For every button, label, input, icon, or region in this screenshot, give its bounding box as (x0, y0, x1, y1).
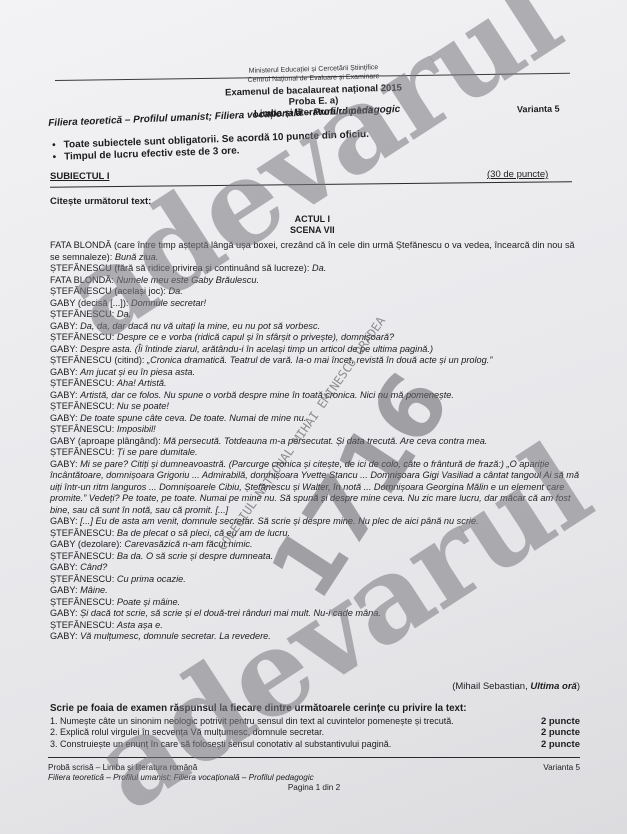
act-label: ACTUL I (290, 214, 335, 225)
dialog-line: ȘTEFĂNESCU: Despre ce e vorba (ridică ca… (50, 332, 580, 344)
speech: Despre asta. (Îi întinde ziarul, arătând… (80, 344, 433, 354)
task-item: 1. Numește câte un sinonim neologic potr… (50, 716, 580, 727)
speech: Aha! Artistă. (117, 378, 167, 388)
speaker: FATA BLONDĂ: (50, 275, 117, 285)
speech: Da. (312, 263, 326, 273)
task-points: 2 puncte (541, 739, 580, 750)
footer-rule (48, 757, 580, 758)
speaker: GABY: (50, 367, 80, 377)
speaker: ȘTEFĂNESCU: (50, 528, 117, 538)
speaker: GABY (50, 436, 78, 446)
speech: Am jucat și eu în piesa asta. (80, 367, 195, 377)
dialog-line: GABY: De toate spune câte ceva. De toate… (50, 413, 580, 425)
speaker: ȘTEFĂNESCU: (50, 551, 117, 561)
speaker: ȘTEFĂNESCU: (50, 424, 117, 434)
speech: Cu prima ocazie. (117, 574, 186, 584)
section-title: SUBIECTUL I (50, 171, 109, 182)
speech: Mi se pare? Citiți și dumneavoastră. (Pa… (50, 459, 579, 515)
dialog-line: GABY: [...] Eu de asta am venit, domnule… (50, 516, 580, 528)
stage-direction: (dezolare): (78, 539, 124, 549)
exam-page: Ministerul Educației și Cercetării Știin… (0, 0, 627, 834)
dialog-line: GABY: Am jucat și eu în piesa asta. (50, 367, 580, 379)
speaker: GABY: (50, 321, 80, 331)
speech: Nu se poate! (117, 401, 169, 411)
dialog-line: GABY: Artistă, dar ce folos. Nu spune o … (50, 390, 580, 402)
speaker: ȘTEFĂNESCU (50, 355, 114, 365)
speaker: GABY: (50, 516, 80, 526)
speech: Și dacă tot scrie, să scrie și el două-t… (80, 608, 381, 618)
speech: Da. (117, 309, 131, 319)
dialog-line: ȘTEFĂNESCU: Ba de plecat o să pleci, că … (50, 528, 580, 540)
dialog-line: ȘTEFĂNESCU: Ba da. O să scrie și despre … (50, 551, 580, 563)
speaker: GABY: (50, 585, 80, 595)
section-rule (50, 181, 572, 187)
dialog-line: FATA BLONDĂ: Numele meu este Gaby Brăule… (50, 275, 580, 287)
dialog-line: ȘTEFĂNESCU: Aha! Artistă. (50, 378, 580, 390)
speaker: FATA BLONDĂ (50, 240, 114, 250)
speaker: GABY: (50, 562, 80, 572)
source-work: Ultima oră (530, 681, 576, 692)
speech: Domnule secretar! (131, 298, 206, 308)
speaker: ȘTEFĂNESCU: (50, 447, 117, 457)
speaker: ȘTEFĂNESCU: (50, 574, 117, 584)
speaker: ȘTEFĂNESCU: (50, 620, 117, 630)
speaker: ȘTEFĂNESCU (50, 263, 114, 273)
task-points: 2 puncte (541, 727, 580, 738)
footer-variant: Varianta 5 (543, 763, 580, 773)
source-citation: (Mihail Sebastian, Ultima oră) (452, 681, 580, 692)
speech: De toate spune câte ceva. De toate. Numa… (80, 413, 306, 423)
dialog-line: ȘTEFĂNESCU (același joc): Da. (50, 286, 580, 298)
speech: Artistă, dar ce folos. Nu spune o vorbă … (80, 390, 454, 400)
speaker: GABY (50, 539, 78, 549)
task-item: 2. Explică rolul virgulei în secvența Vă… (50, 727, 580, 738)
stage-direction: (aproape plângând): (78, 436, 163, 446)
speaker: GABY: (50, 344, 80, 354)
speaker: ȘTEFĂNESCU: (50, 309, 117, 319)
dialog-line: FATA BLONDĂ (care între timp așteptă lân… (50, 240, 580, 263)
footer-filiera: Filiera teoretică – Profilul umanist; Fi… (48, 773, 580, 783)
tasks-title: Scrie pe foaia de examen răspunsul la fi… (50, 703, 467, 714)
stage-direction: (decisă [...]): (78, 298, 131, 308)
speech: Ba de plecat o să pleci, că eu am de luc… (117, 528, 290, 538)
speech: [...] Eu de asta am venit, domnule secre… (80, 516, 479, 526)
speech: Când? (80, 562, 107, 572)
speech: Numele meu este Gaby Brăulescu. (117, 275, 259, 285)
footer-left: Probă scrisă – Limba și literatura român… (48, 763, 197, 773)
speech: Bună ziua. (115, 252, 158, 262)
stage-direction: (citind): (114, 355, 147, 365)
speaker: GABY: (50, 631, 80, 641)
speech: Mâine. (80, 585, 108, 595)
task-text: 1. Numește câte un sinonim neologic potr… (50, 716, 454, 727)
dialog-line: ȘTEFĂNESCU: Poate și mâine. (50, 597, 580, 609)
source-close: ) (577, 681, 580, 692)
stage-direction: (același joc): (114, 286, 168, 296)
speaker: ȘTEFĂNESCU: (50, 597, 117, 607)
task-item: 3. Construiește un enunț în care să folo… (50, 739, 580, 750)
speech: Mă persecută. Totdeauna m-a persecutat. … (163, 436, 487, 446)
dialog-line: GABY: Mi se pare? Citiți și dumneavoastr… (50, 459, 580, 517)
dialog-line: ȘTEFĂNESCU: Imposibil! (50, 424, 580, 436)
dialog-text: FATA BLONDĂ (care între timp așteptă lân… (50, 240, 580, 643)
dialog-line: GABY: Vă mulțumesc, domnule secretar. La… (50, 631, 580, 643)
dialog-line: GABY (aproape plângând): Mă persecută. T… (50, 436, 580, 448)
speech: Despre ce e vorba (ridică capul și în sf… (117, 332, 394, 342)
instructions-list: Toate subiectele sunt obligatorii. Se ac… (52, 129, 370, 164)
speaker: GABY: (50, 459, 80, 469)
dialog-line: ȘTEFĂNESCU: Cu prima ocazie. (50, 574, 580, 586)
speaker: ȘTEFĂNESCU (50, 286, 114, 296)
speaker: GABY (50, 298, 78, 308)
dialog-line: GABY: Mâine. (50, 585, 580, 597)
page-number: Pagina 1 din 2 (48, 783, 580, 793)
dialog-line: ȘTEFĂNESCU: Ți se pare dumitale. (50, 447, 580, 459)
dialog-line: ȘTEFĂNESCU: Da. (50, 309, 580, 321)
speech: „Cronica dramatică. Teatrul de vară. Ia-… (147, 355, 492, 365)
dialog-line: ȘTEFĂNESCU (fără să ridice privirea și c… (50, 263, 580, 275)
speech: Asta așa e. (117, 620, 163, 630)
speaker: GABY: (50, 413, 80, 423)
dialog-line: GABY: Când? (50, 562, 580, 574)
dialog-line: ȘTEFĂNESCU: Nu se poate! (50, 401, 580, 413)
dialog-line: GABY (decisă [...]): Domnule secretar! (50, 298, 580, 310)
task-text: 3. Construiește un enunț în care să folo… (50, 739, 391, 750)
stage-direction: (fără să ridice privirea și continuând s… (114, 263, 312, 273)
speech: Ba da. O să scrie și despre dumneata. (117, 551, 273, 561)
dialog-line: GABY (dezolare): Carevasăzică n-am făcut… (50, 539, 580, 551)
speech: Imposibil! (117, 424, 156, 434)
tasks-list: 1. Numește câte un sinonim neologic potr… (50, 716, 580, 750)
speaker: ȘTEFĂNESCU: (50, 332, 117, 342)
speech: Vă mulțumesc, domnule secretar. La reved… (80, 631, 271, 641)
task-text: 2. Explică rolul virgulei în secvența Vă… (50, 727, 324, 738)
speaker: GABY: (50, 390, 80, 400)
dialog-line: ȘTEFĂNESCU (citind): „Cronica dramatică.… (50, 355, 580, 367)
reading-instruction: Citește următorul text: (50, 196, 151, 207)
speaker: ȘTEFĂNESCU: (50, 378, 117, 388)
speech: Da. (168, 286, 182, 296)
source-author: (Mihail Sebastian, (452, 681, 530, 692)
dialog-line: ȘTEFĂNESCU: Asta așa e. (50, 620, 580, 632)
speech: Carevasăzică n-am făcut nimic. (124, 539, 252, 549)
speaker: ȘTEFĂNESCU: (50, 401, 117, 411)
act-heading: ACTUL I SCENA VII (290, 214, 335, 236)
speaker: GABY: (50, 608, 80, 618)
speech: Ți se pare dumitale. (117, 447, 198, 457)
section-points: (30 de puncte) (487, 169, 548, 180)
dialog-line: GABY: Da, da, dar dacă nu vă uitați la m… (50, 321, 580, 333)
speech: Da, da, dar dacă nu vă uitați la mine, e… (80, 321, 320, 331)
variant-label: Varianta 5 (517, 104, 560, 115)
scene-label: SCENA VII (290, 225, 335, 236)
footer: Probă scrisă – Limba și literatura român… (48, 763, 580, 793)
task-points: 2 puncte (541, 716, 580, 727)
dialog-line: GABY: Și dacă tot scrie, să scrie și el … (50, 608, 580, 620)
speech: Poate și mâine. (117, 597, 180, 607)
dialog-line: GABY: Despre asta. (Îi întinde ziarul, a… (50, 344, 580, 356)
